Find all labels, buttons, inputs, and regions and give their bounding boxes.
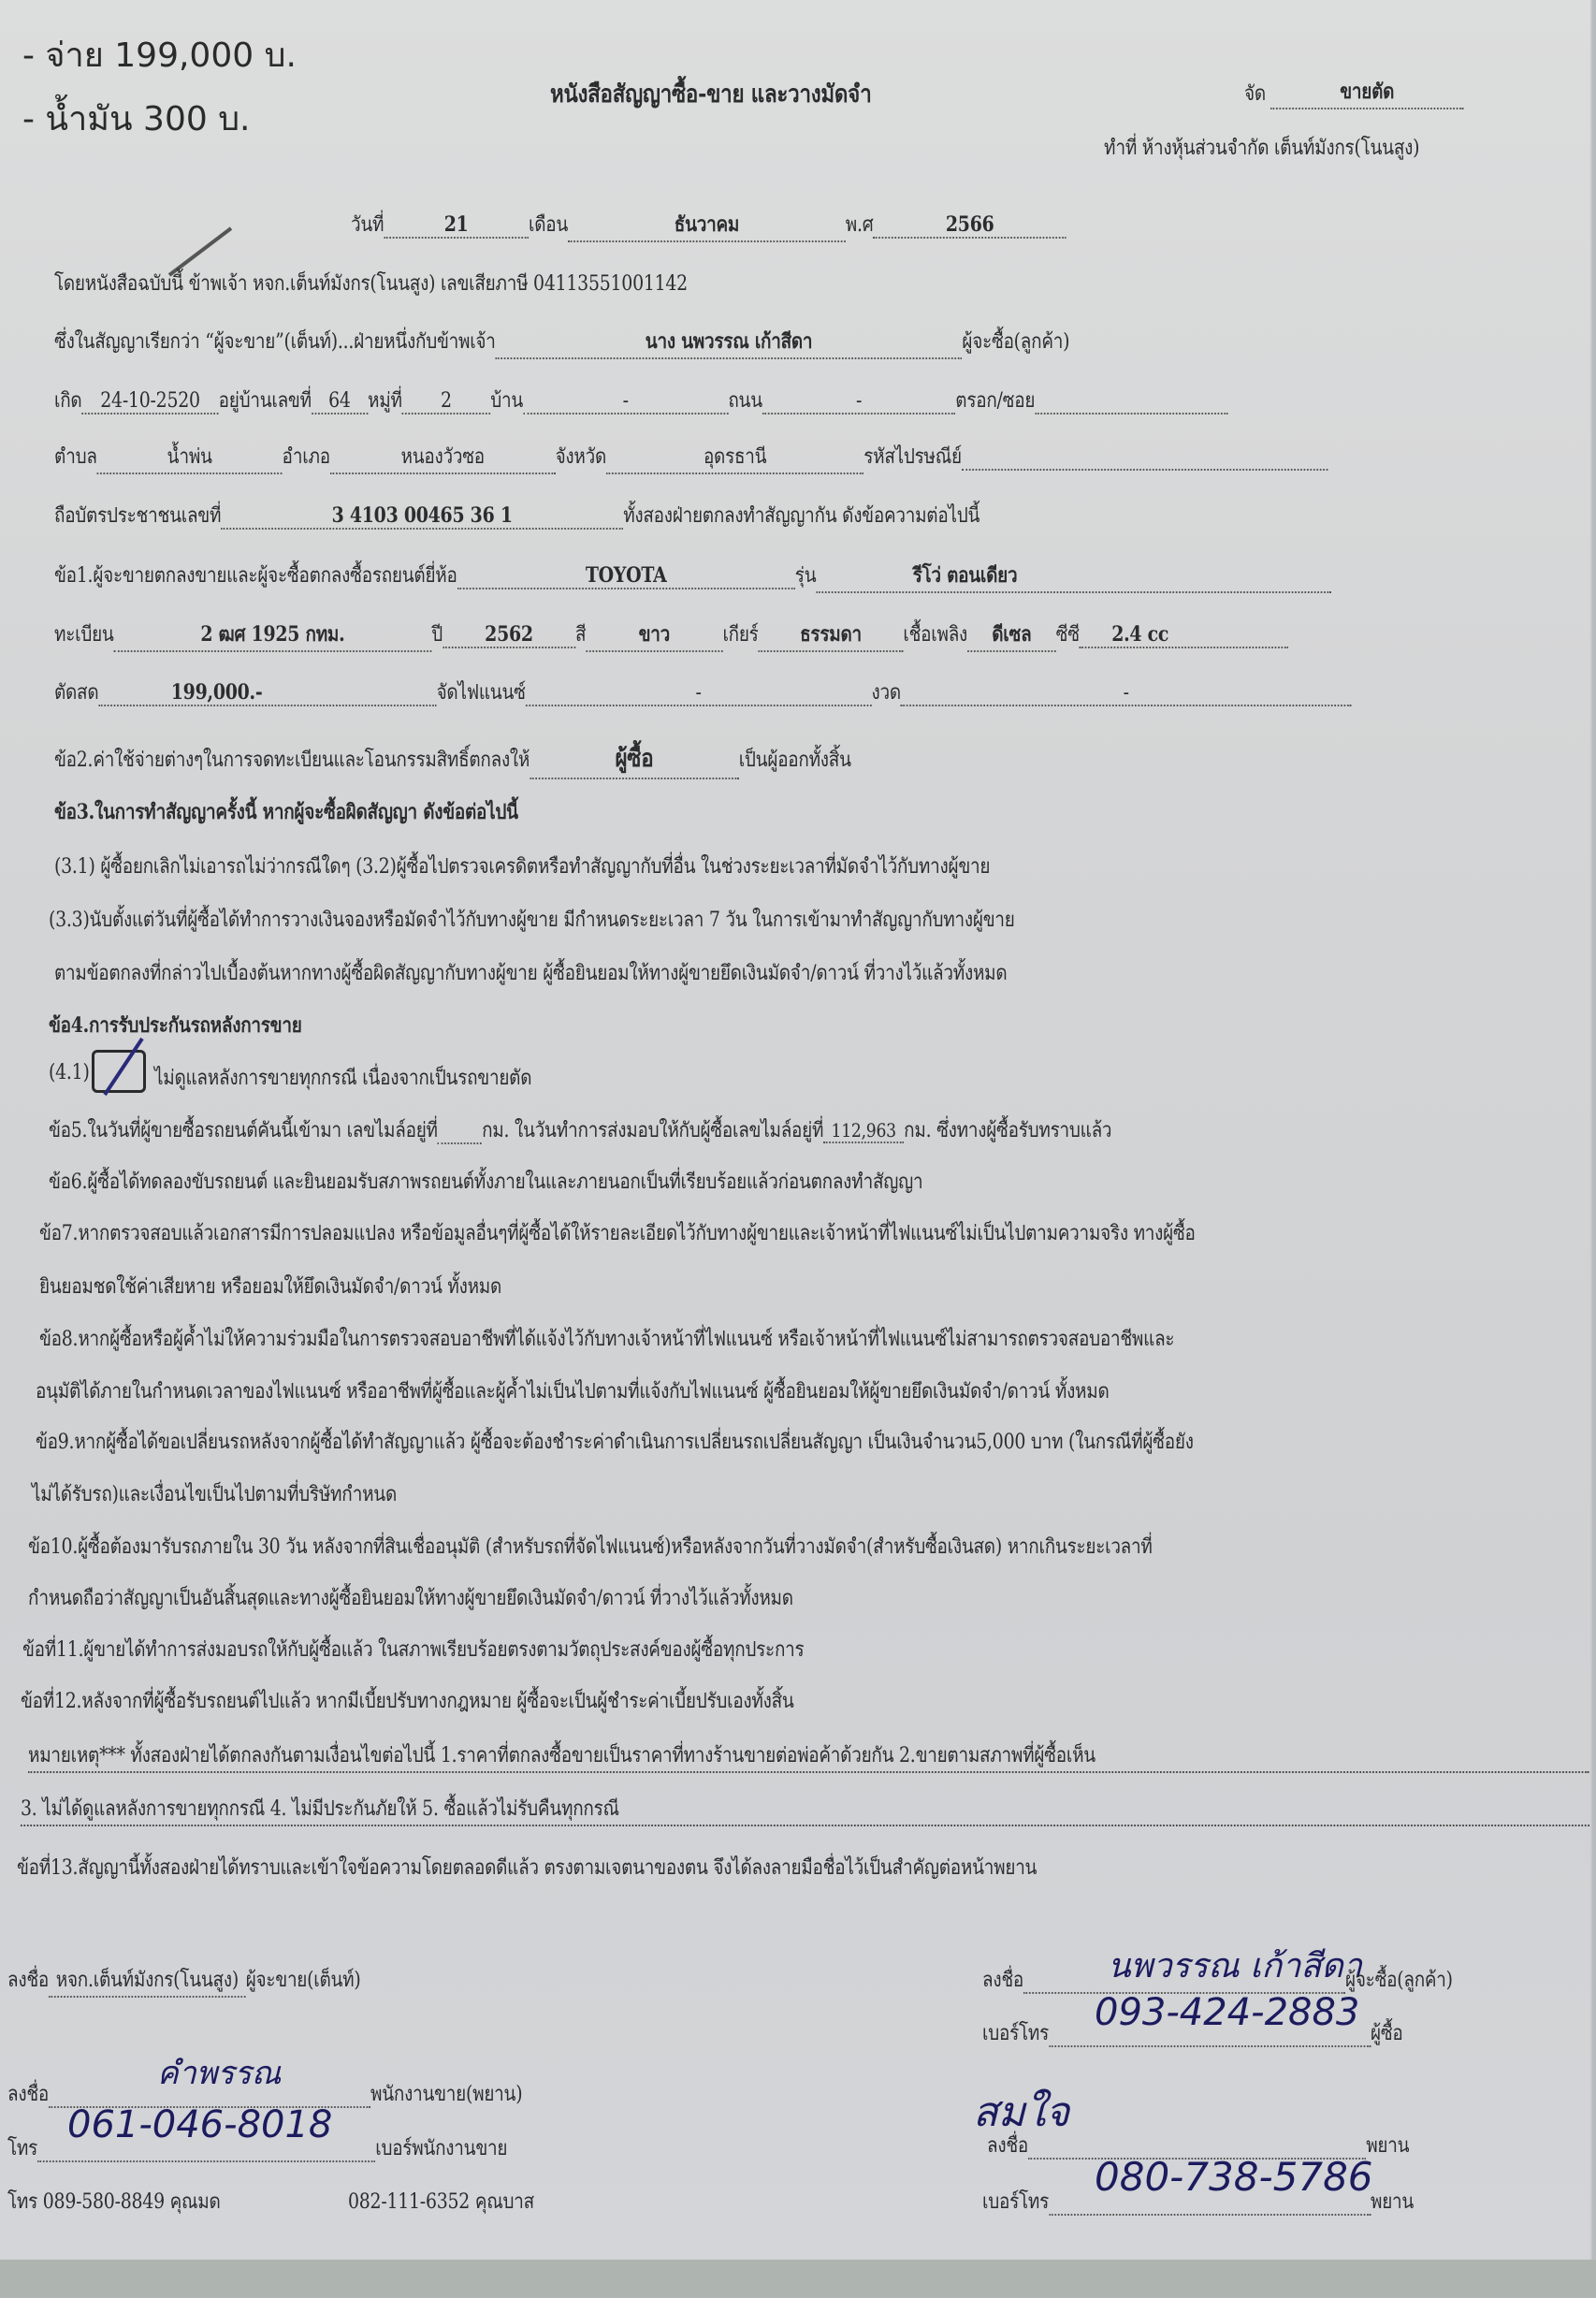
clause-5-c: กม. ซึ่งทางผู้ซื้อรับทราบแล้ว: [904, 1119, 1111, 1142]
clause-4-title: ข้อ4.การรับประกันรถหลังการขาย: [49, 1009, 302, 1041]
vehicle-year: 2562: [443, 622, 575, 648]
clause-12: ข้อที่12.หลังจากที่ผู้ซื้อรับรถยนต์ไปแล้…: [21, 1684, 794, 1717]
deal-type-value: ขายตัด: [1270, 75, 1463, 109]
clause-10b: กำหนดถือว่าสัญญาเป็นอันสิ้นสุดและทางผู้ซ…: [28, 1581, 793, 1614]
buyer-phone-label: เบอร์โทร: [982, 2022, 1049, 2045]
document-title: หนังสือสัญญาซื้อ-ขาย และวางมัดจำ: [550, 75, 872, 113]
handwritten-note-oil: - น้ำมัน 300 บ.: [22, 92, 251, 145]
clause-4-1-prefix: (4.1): [49, 1061, 90, 1084]
clause-3-3a: (3.3)นับตั้งแต่วันที่ผู้ซื้อได้ทำการวางเ…: [49, 903, 1015, 936]
clause-2: ข้อ2.ค่าใช้จ่ายต่างๆในการจดทะเบียนและโอน…: [54, 739, 851, 779]
moo-label: หมู่ที่: [368, 389, 402, 413]
moo-value: 2: [402, 389, 491, 415]
gear-label: เกียร์: [722, 623, 758, 647]
buyer-name: นาง นพวรรณ เก้าสีดา: [496, 325, 963, 359]
seller-name: หจก.เต็นท์มังกร(โนนสูง): [49, 1963, 246, 1998]
installment-value: -: [901, 681, 1352, 706]
id-suffix: ทั้งสองฝ่ายตกลงทำสัญญากัน ดังข้อความต่อไ…: [623, 504, 979, 528]
vehicle-line-1: ข้อ1.ผู้จะขายตกลงขายและผู้จะซื้อตกลงซื้อ…: [54, 559, 1331, 593]
soi-label: ตรอก/ซอย: [955, 389, 1035, 413]
buyer-info-line-2: ตำบลน้ำพ่นอำเภอหนองวัวซอจังหวัดอุดรธานีร…: [54, 440, 1328, 474]
vehicle-brand: TOYOTA: [457, 563, 795, 589]
sales-tel-label: โทร: [7, 2137, 37, 2160]
sales-sign-label: ลงชื่อ: [7, 2083, 49, 2106]
sales-role: พนักงานขาย(พยาน): [370, 2083, 522, 2106]
clause-4-1-text: ไม่ดูแลหลังการขายทุกกรณี เนื่องจากเป็นรถ…: [154, 1061, 531, 1094]
clause-2-suffix: เป็นผู้ออกทั้งสิ้น: [739, 749, 851, 772]
seller-role: ผู้จะขาย(เต็นท์): [246, 1969, 361, 1992]
color-label: สี: [575, 623, 586, 647]
born-value: 24-10-2520: [81, 389, 218, 415]
deal-type-label: จัด: [1244, 77, 1266, 109]
month-label: เดือน: [529, 213, 568, 237]
contact-1: โทร 089-580-8849 คุณมด: [7, 2185, 221, 2218]
witness-sign-label: ลงชื่อ: [987, 2134, 1028, 2158]
intro-text: โดยหนังสือฉบับนี้ ข้าพเจ้า หจก.เต็นท์มัง…: [54, 267, 688, 299]
house-no-value: 64: [312, 389, 368, 415]
note-line-b: 3. ไม่ได้ดูแลหลังการขายทุกกรณี 4. ไม่มีป…: [21, 1792, 1589, 1826]
vehicle-year-label: ปี: [431, 623, 443, 647]
district-label: อำเภอ: [283, 445, 330, 469]
buyer-phone-role: ผู้ซื้อ: [1371, 2022, 1403, 2045]
vehicle-cc: 2.4 cc: [1080, 622, 1289, 648]
clause-8a: ข้อ8.หากผู้ซื้อหรือผู้ค้ำไม่ให้ความร่วมม…: [39, 1322, 1174, 1355]
clause-3-title: ข้อ3.ในการทำสัญญาครั้งนี้ หากผู้จะซื้อผิ…: [54, 795, 518, 828]
day-value: 21: [384, 212, 529, 239]
year-label: พ.ศ: [846, 213, 874, 237]
cc-label: ซีซี: [1056, 623, 1080, 647]
finance-label: จัดไฟแนนซ์: [437, 681, 526, 705]
village-value: -: [523, 389, 728, 415]
province-label: จังหวัด: [556, 445, 606, 469]
sales-phone-line: โทร เบอร์พนักงานขาย: [7, 2131, 507, 2164]
vehicle-model: รีโว่ ตอนเดียว: [816, 559, 1330, 593]
clause-2-value: ผู้ซื้อ: [530, 739, 739, 779]
vehicle-color: ขาว: [586, 618, 722, 652]
fuel-label: เชื้อเพลิง: [903, 623, 967, 647]
clause-10a: ข้อ10.ผู้ซื้อต้องมารับรถภายใน 30 วัน หลั…: [28, 1530, 1153, 1563]
model-label: รุ่น: [795, 564, 817, 588]
clause-5: ข้อ5.ในวันที่ผู้ขายซื้อรถยนต์คันนี้เข้าม…: [49, 1113, 1111, 1146]
seller-phrase: ซึ่งในสัญญาเรียกว่า “ผู้จะขาย”(เต็นท์)..…: [54, 330, 496, 354]
plate-label: ทะเบียน: [54, 623, 114, 647]
province-value: อุดรธานี: [606, 440, 863, 474]
clause-5-a: ข้อ5.ในวันที่ผู้ขายซื้อรถยนต์คันนี้เข้าม…: [49, 1119, 438, 1142]
clause-5-b: กม. ในวันทำการส่งมอบให้กับผู้ซื้อเลขไมล์…: [482, 1119, 823, 1142]
road-label: ถนน: [728, 389, 762, 413]
clause-9b: ไม่ได้รับรถ)และเงื่อนไขเป็นไปตามที่บริษั…: [32, 1477, 397, 1510]
buyer-role-sign: ผู้จะซื้อ(ลูกค้า): [1345, 1969, 1453, 1992]
clause-7b: ยินยอมชดใช้ค่าเสียหาย หรือยอมให้ยึดเงินม…: [39, 1270, 501, 1302]
vehicle-line-3: ตัดสด199,000.-จัดไฟแนนซ์-งวด-: [54, 676, 1351, 708]
background-surface: [0, 2260, 1596, 2298]
day-label: วันที่: [351, 213, 384, 237]
vehicle-gear: ธรรมดา: [759, 618, 904, 652]
vehicle-line-2: ทะเบียน2 ฒศ 1925 กทม.ปี2562สีขาวเกียร์ธร…: [54, 618, 1288, 652]
contact-2: 082-111-6352 คุณบาส: [348, 2185, 534, 2218]
price-label: ตัดสด: [54, 681, 98, 705]
subdistrict-value: น้ำพ่น: [97, 440, 283, 474]
house-no-label: อยู่บ้านเลขที่: [219, 389, 312, 413]
id-label: ถือบัตรประชาชนเลขที่: [54, 504, 221, 528]
subdistrict-label: ตำบล: [54, 445, 97, 469]
clause-8b: อนุมัติได้ภายในกำหนดเวลาของไฟแนนซ์ หรืออ…: [36, 1374, 1110, 1407]
road-value: -: [762, 389, 955, 415]
parties-line: ซึ่งในสัญญาเรียกว่า “ผู้จะขาย”(เต็นท์)..…: [54, 325, 1069, 359]
vehicle-plate: 2 ฒศ 1925 กทม.: [114, 618, 432, 652]
installment-label: งวด: [872, 681, 901, 705]
clause-6: ข้อ6.ผู้ซื้อได้ทดลองขับรถยนต์ และยินยอมร…: [49, 1165, 922, 1198]
date-line: วันที่21เดือนธันวาคมพ.ศ2566: [351, 208, 1066, 242]
month-value: ธันวาคม: [568, 208, 846, 242]
clause-3-3b: ตามข้อตกลงที่กล่าวไปเบื้องต้นหากทางผู้ซื…: [54, 956, 1007, 989]
id-number: 3 4103 00465 36 1: [221, 503, 623, 530]
id-line: ถือบัตรประชาชนเลขที่3 4103 00465 36 1ทั้…: [54, 499, 979, 531]
witness-phone-line: เบอร์โทร พยาน: [982, 2185, 1414, 2218]
made-at: ทำที่ ห้างหุ้นส่วนจำกัด เต็นท์มังกร(โนนส…: [1104, 131, 1419, 164]
witness-phone-label: เบอร์โทร: [982, 2190, 1049, 2214]
sales-phone-role: เบอร์พนักงานขาย: [375, 2137, 507, 2160]
clause-3-1: (3.1) ผู้ซื้อยกเลิกไม่เอารถไม่ว่ากรณีใดๆ…: [54, 850, 990, 882]
postcode-value: [962, 445, 1328, 471]
witness-phone-role: พยาน: [1371, 2190, 1414, 2214]
village-label: บ้าน: [490, 389, 523, 413]
clause-2-prefix: ข้อ2.ค่าใช้จ่ายต่างๆในการจดทะเบียนและโอน…: [54, 749, 530, 772]
buyer-role: ผู้จะซื้อ(ลูกค้า): [962, 330, 1069, 354]
seller-sign-label: ลงชื่อ: [7, 1969, 49, 1992]
handwritten-note-pay: - จ่าย 199,000 บ.: [22, 28, 297, 81]
check-mark-icon: [94, 1035, 150, 1100]
year-value: 2566: [874, 212, 1066, 239]
soi-value: [1035, 389, 1227, 415]
buyer-sign-label: ลงชื่อ: [982, 1969, 1023, 1992]
seller-signature-line: ลงชื่อหจก.เต็นท์มังกร(โนนสูง)ผู้จะขาย(เต…: [7, 1963, 361, 1998]
buyer-info-line-1: เกิด24-10-2520อยู่บ้านเลขที่64หมู่ที่2บ้…: [54, 384, 1228, 416]
mileage-in: [438, 1119, 482, 1144]
clause-11: ข้อที่11.ผู้ขายได้ทำการส่งมอบรถให้กับผู้…: [22, 1633, 804, 1665]
buyer-phone-line: เบอร์โทร ผู้ซื้อ: [982, 2016, 1403, 2049]
clause-7a: ข้อ7.หากตรวจสอบแล้วเอกสารมีการปลอมแปลง ห…: [39, 1216, 1196, 1249]
postcode-label: รหัสไปรษณีย์: [863, 445, 962, 469]
clause-9a: ข้อ9.หากผู้ซื้อได้ขอเปลี่ยนรถหลังจากผู้ซ…: [36, 1425, 1194, 1458]
vehicle-price: 199,000.-: [98, 680, 436, 706]
clause1-label: ข้อ1.ผู้จะขายตกลงขายและผู้จะซื้อตกลงซื้อ…: [54, 564, 457, 588]
finance-value: -: [526, 681, 872, 706]
mileage-out: 112,963: [823, 1119, 904, 1143]
born-label: เกิด: [54, 389, 81, 413]
note-line-a: หมายเหตุ*** ทั้งสองฝ่ายได้ตกลงกันตามเงื่…: [28, 1738, 1589, 1773]
vehicle-fuel: ดีเซล: [967, 618, 1056, 652]
clause-13: ข้อที่13.สัญญานี้ทั้งสองฝ่ายได้ทราบและเข…: [17, 1851, 1037, 1883]
district-value: หนองวัวซอ: [330, 440, 556, 474]
